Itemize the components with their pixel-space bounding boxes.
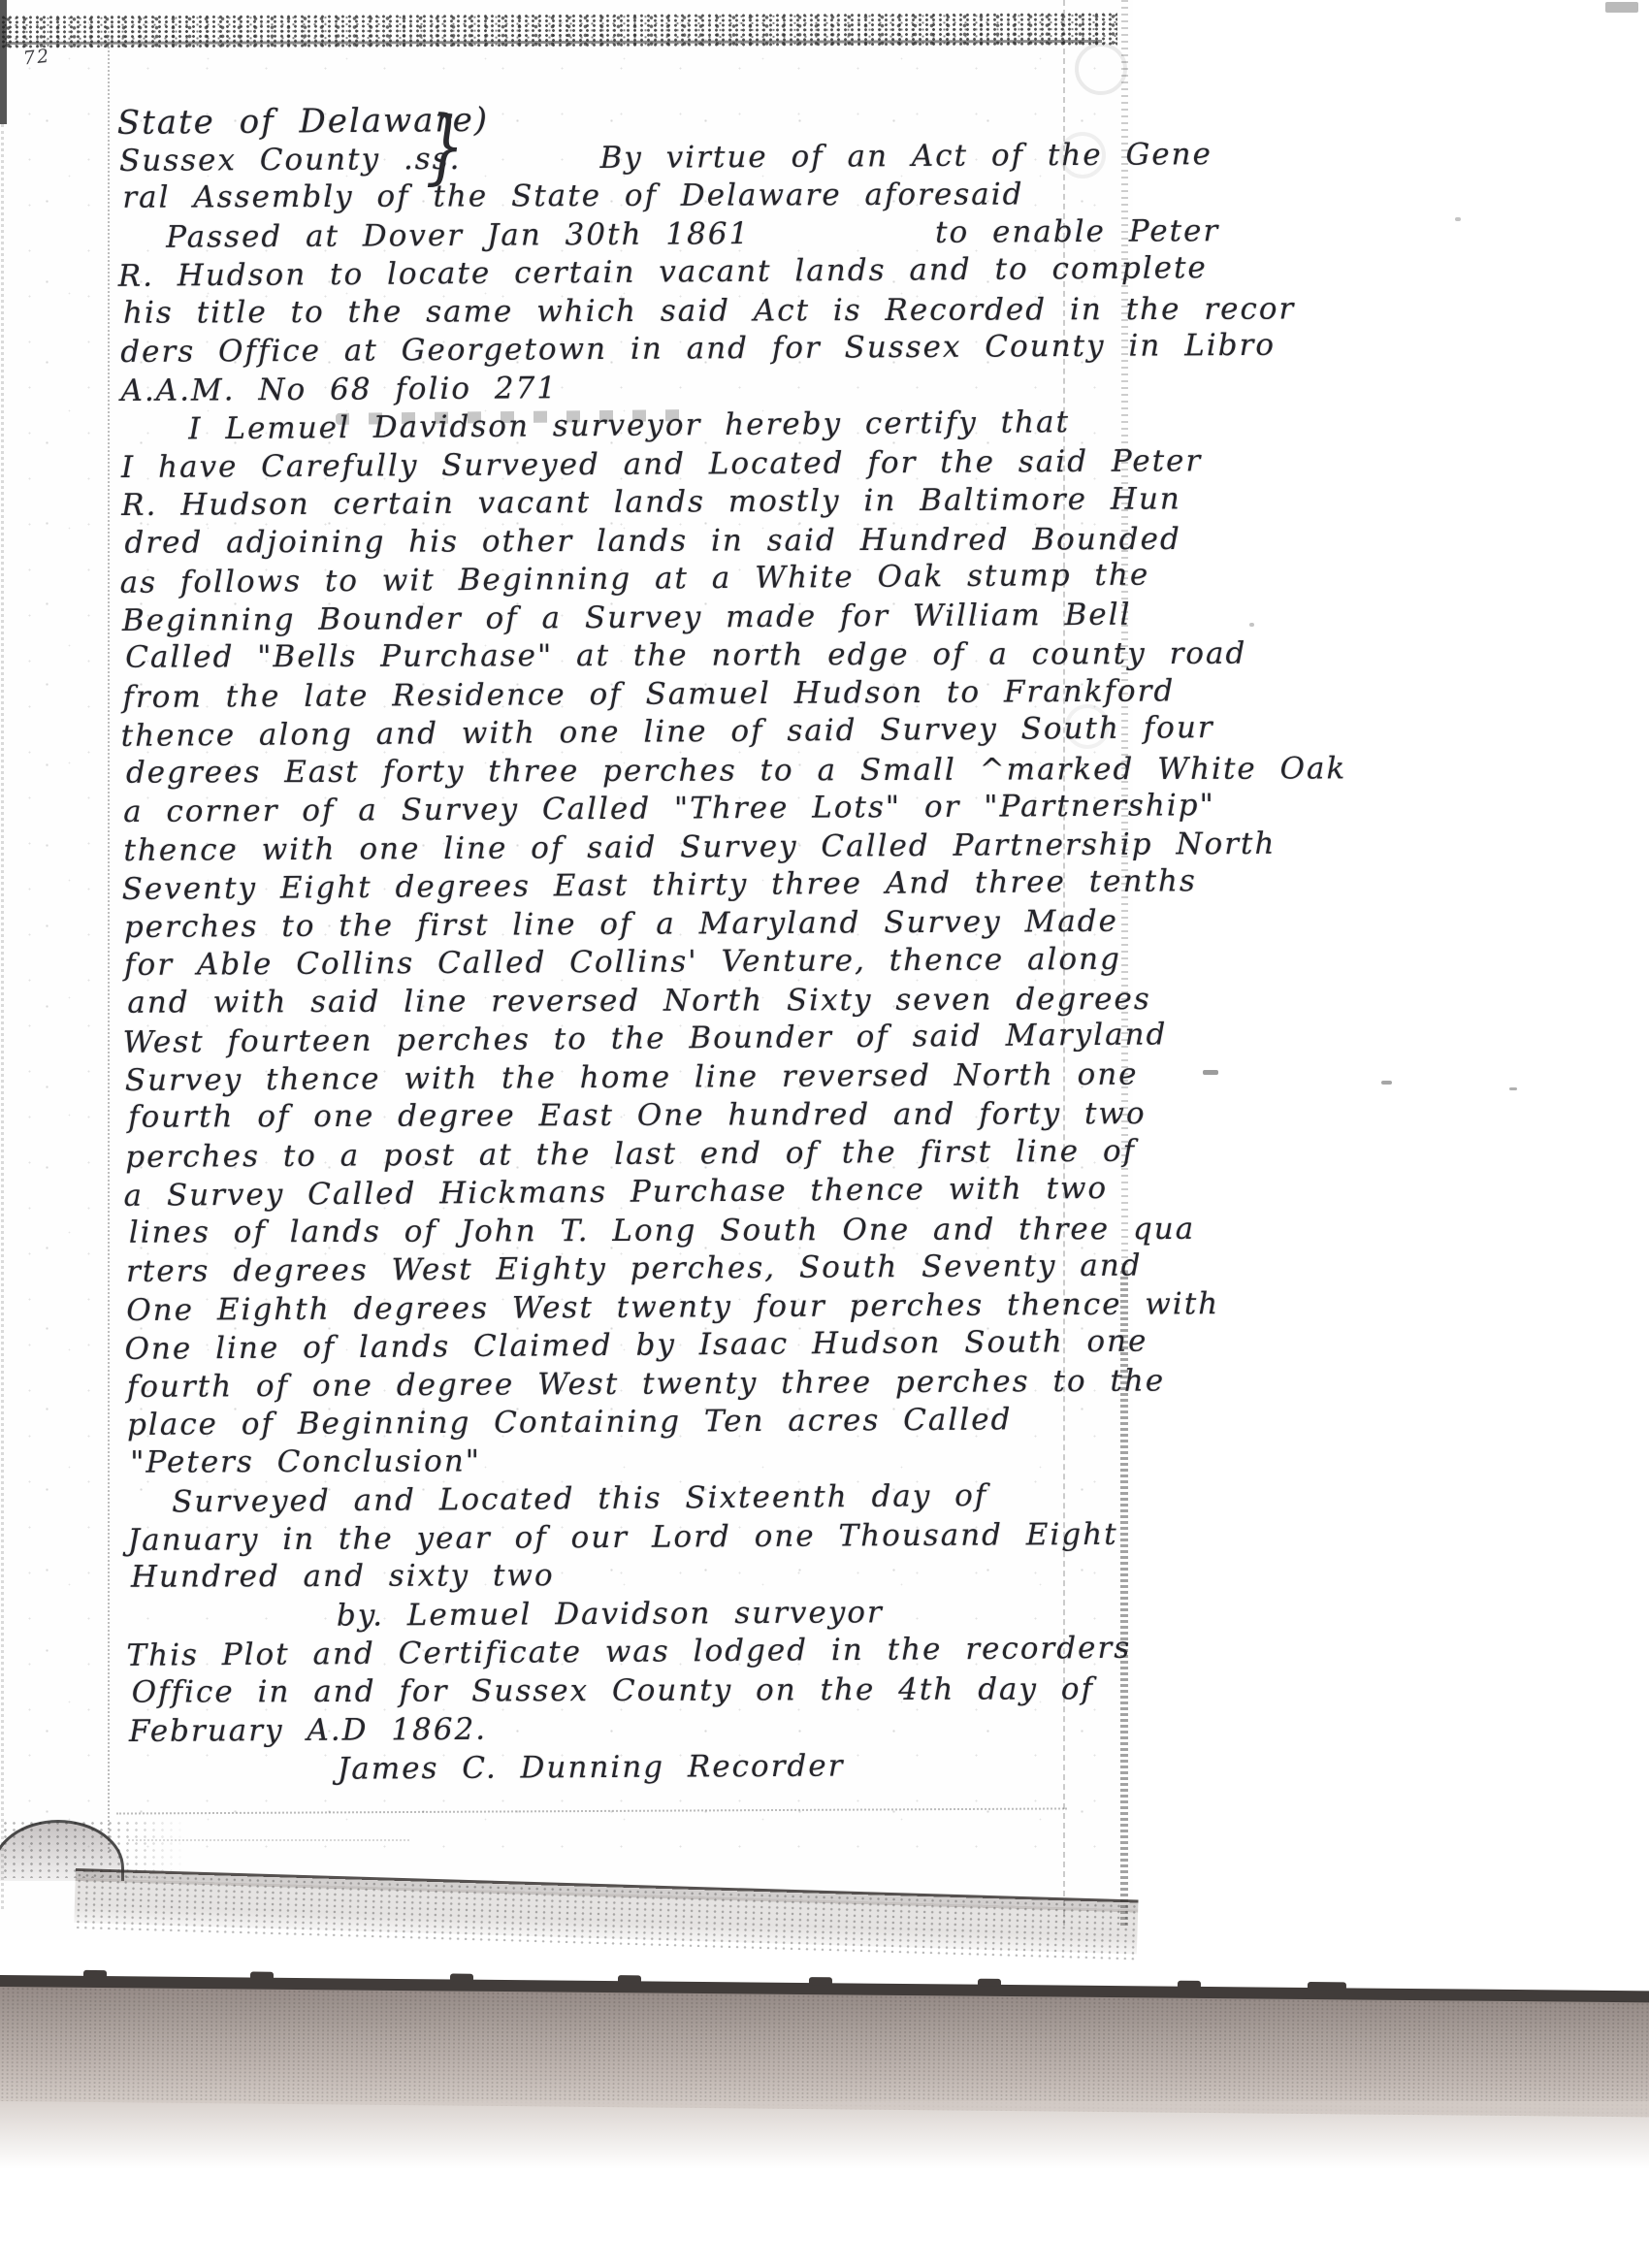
handwritten-line: ders Office at Georgetown in and for Sus… — [120, 328, 1076, 373]
handwritten-line: Surveyed and Located this Sixteenth day … — [125, 1476, 1081, 1522]
handwritten-line: Hundred and sixty two — [131, 1555, 1086, 1597]
band-bump — [83, 1970, 107, 1978]
band-bump — [978, 1979, 1001, 1987]
handwritten-line: Beginning Bounder of a Survey made for W… — [122, 596, 1078, 640]
handwritten-line: Office in and for Sussex County on the 4… — [132, 1670, 1087, 1712]
handwritten-line: by. Lemuel Davidson surveyor — [128, 1592, 1083, 1636]
handwritten-line: degrees East forty three perches to a Sm… — [126, 751, 1082, 793]
left-page-edge — [0, 0, 7, 124]
stray-speck — [1249, 623, 1254, 627]
stray-speck — [1455, 217, 1461, 221]
handwritten-line: I have Carefully Surveyed and Located fo… — [121, 443, 1077, 488]
handwritten-line: Called "Bells Purchase" at the north edg… — [125, 635, 1081, 677]
handwritten-line: as follows to wit Beginning at a White O… — [120, 557, 1076, 602]
handwritten-line: for Able Collins Called Collins' Venture… — [124, 941, 1080, 986]
handwritten-line: West fourteen perches to the Bounder of … — [122, 1017, 1078, 1062]
scanned-document-image: 72 State of Delaware)Sussex County .ss. … — [0, 0, 1649, 2268]
handwritten-line: February A.D 1862. — [129, 1707, 1084, 1752]
handwritten-line: One line of lands Claimed by Isaac Hudso… — [124, 1323, 1080, 1369]
handwritten-line: perches to a post at the last end of the… — [125, 1132, 1081, 1177]
handwritten-line: fourth of one degree East One hundred an… — [128, 1095, 1083, 1137]
band-bump — [809, 1977, 832, 1985]
handwritten-line: One Eighth degrees West twenty four perc… — [126, 1285, 1082, 1330]
handwritten-line: dred adjoining his other lands in said H… — [124, 521, 1080, 563]
handwritten-line: January in the year of our Lord one Thou… — [128, 1515, 1083, 1560]
stray-speck — [1381, 1081, 1392, 1085]
band-bump — [1178, 1981, 1201, 1989]
document-text: State of Delaware)Sussex County .ss. By … — [119, 98, 1085, 1790]
handwritten-line: a corner of a Survey Called "Three Lots"… — [123, 788, 1079, 832]
handwritten-line: from the late Residence of Samuel Hudson… — [122, 672, 1078, 717]
handwritten-line: "Peters Conclusion" — [130, 1441, 1085, 1482]
band-bump — [618, 1975, 641, 1983]
stray-speck — [1509, 1087, 1517, 1090]
left-margin-rule — [108, 27, 110, 1853]
handwritten-line: James C. Dunning Recorder — [129, 1745, 1084, 1790]
handwritten-line: Sussex County .ss. By virtue of an Act o… — [119, 137, 1075, 181]
band-bump — [1308, 1982, 1346, 1990]
handwritten-line: rters degrees West Eighty perches, South… — [126, 1247, 1082, 1292]
scanner-gray-fade — [0, 2101, 1649, 2169]
stray-speck — [1605, 2, 1638, 13]
band-bump — [250, 1972, 274, 1980]
handwritten-line: R. Hudson certain vacant lands mostly in… — [121, 481, 1077, 526]
brace-mark: } — [426, 105, 465, 186]
handwritten-line: thence with one line of said Survey Call… — [123, 826, 1079, 870]
embossed-seal-ring — [1075, 43, 1127, 95]
band-bump — [450, 1973, 473, 1981]
handwritten-line: State of Delaware) — [117, 97, 1073, 143]
handwritten-line: R. Hudson to locate certain vacant lands… — [118, 250, 1074, 296]
handwritten-line: A.A.M. No 68 folio 271 — [120, 367, 1076, 411]
handwritten-line: and with said line reversed North Sixty … — [127, 981, 1083, 1022]
handwritten-line: perches to the first line of a Maryland … — [124, 902, 1080, 947]
handwritten-line: fourth of one degree West twenty three p… — [127, 1362, 1083, 1407]
handwritten-line: his title to the same which said Act is … — [123, 291, 1079, 333]
scanner-gray-noise — [0, 1987, 1649, 2117]
page-number-annotation: 72 — [22, 46, 51, 70]
handwritten-line: a Survey Called Hickmans Purchase thence… — [123, 1170, 1079, 1215]
handwritten-line: thence along and with one line of said S… — [121, 710, 1077, 756]
handwritten-line: Passed at Dover Jan 30th 1861 to enable … — [119, 213, 1075, 258]
handwritten-line: lines of lands of John T. Long South One… — [129, 1211, 1084, 1252]
left-page-edge-faint — [1, 124, 4, 1909]
handwritten-line: Seventy Eight degrees East thirty three … — [121, 863, 1077, 909]
handwritten-line: Survey thence with the home line reverse… — [125, 1055, 1081, 1100]
handwritten-line: ral Assembly of the State of Delaware af… — [122, 176, 1078, 217]
handwritten-line: place of Beginning Containing Ten acres … — [127, 1401, 1083, 1445]
handwritten-line: This Plot and Certificate was lodged in … — [126, 1630, 1082, 1675]
stray-speck — [1203, 1070, 1218, 1075]
